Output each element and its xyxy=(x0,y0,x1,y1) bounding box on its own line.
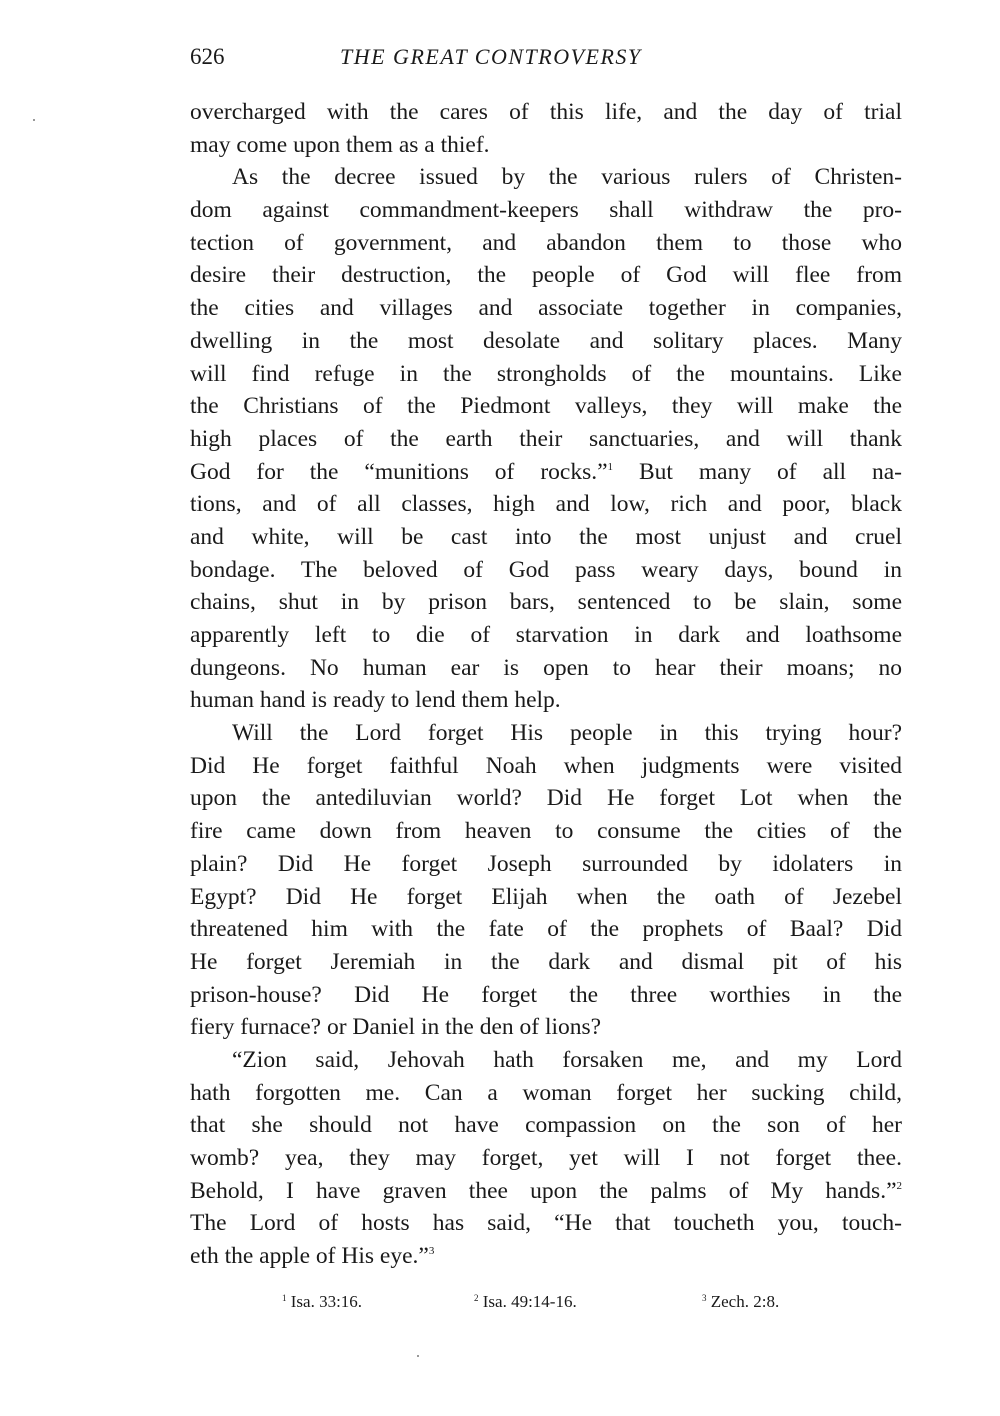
text-line: high places of the earth their sanctuari… xyxy=(190,423,902,456)
paragraph: As the decree issued by the various rule… xyxy=(190,161,902,717)
footnote-ref: 1 xyxy=(608,461,614,473)
text-line: dom against commandment-keepers shall wi… xyxy=(190,194,902,227)
text-line: the Christians of the Piedmont valleys, … xyxy=(190,390,902,423)
text-line: hath forgotten me. Can a woman forget he… xyxy=(190,1077,902,1110)
text-line: the cities and villages and associate to… xyxy=(190,292,902,325)
text-line: fiery furnace? or Daniel in the den of l… xyxy=(190,1011,902,1044)
text-line: human hand is ready to lend them help. xyxy=(190,684,902,717)
text-line: desire their destruction, the people of … xyxy=(190,259,902,292)
paragraph: overcharged with the cares of this life,… xyxy=(190,96,902,161)
footnote-text: Isa. 49:14-16. xyxy=(483,1292,577,1311)
text-line: chains, shut in by prison bars, sentence… xyxy=(190,586,902,619)
paragraph: “Zion said, Jehovah hath forsaken me, an… xyxy=(190,1044,902,1273)
text-line: plain? Did He forget Joseph surrounded b… xyxy=(190,848,902,881)
footnote-ref: 2 xyxy=(897,1180,903,1192)
text-line: overcharged with the cares of this life,… xyxy=(190,96,902,129)
text-line: He forget Jeremiah in the dark and disma… xyxy=(190,946,902,979)
footnote-2: 2 Isa. 49:14-16. xyxy=(474,1292,577,1312)
text-line: bondage. The beloved of God pass weary d… xyxy=(190,554,902,587)
text-line: tection of government, and abandon them … xyxy=(190,227,902,260)
text-line: Did He forget faithful Noah when judgmen… xyxy=(190,750,902,783)
text-line: will find refuge in the strongholds of t… xyxy=(190,358,902,391)
text-line: womb? yea, they may forget, yet will I n… xyxy=(190,1142,902,1175)
footnote-marker: 3 xyxy=(702,1293,707,1303)
running-title: THE GREAT CONTROVERSY xyxy=(340,44,642,70)
footnote-1: 1 Isa. 33:16. xyxy=(282,1292,362,1312)
text-line: The Lord of hosts has said, “He that tou… xyxy=(190,1207,902,1240)
text-line: As the decree issued by the various rule… xyxy=(190,161,902,194)
body-text: overcharged with the cares of this life,… xyxy=(190,96,902,1273)
text-line: may come upon them as a thief. xyxy=(190,129,902,162)
page-number: 626 xyxy=(190,44,225,70)
text-line: and white, will be cast into the most un… xyxy=(190,521,902,554)
text-line: dwelling in the most desolate and solita… xyxy=(190,325,902,358)
footnote-marker: 1 xyxy=(282,1293,287,1303)
text-line: upon the antediluvian world? Did He forg… xyxy=(190,782,902,815)
text-line: prison-house? Did He forget the three wo… xyxy=(190,979,902,1012)
text-line: apparently left to die of starvation in … xyxy=(190,619,902,652)
text-line: dungeons. No human ear is open to hear t… xyxy=(190,652,902,685)
scan-speck xyxy=(33,119,35,121)
footnote-text: Isa. 33:16. xyxy=(291,1292,362,1311)
scan-speck xyxy=(417,1355,419,1357)
text-line: fire came down from heaven to consume th… xyxy=(190,815,902,848)
page-header: 626 THE GREAT CONTROVERSY xyxy=(190,44,906,76)
footnote-marker: 2 xyxy=(474,1293,479,1303)
footnote-text: Zech. 2:8. xyxy=(711,1292,779,1311)
text-line: Will the Lord forget His people in this … xyxy=(190,717,902,750)
paragraph: Will the Lord forget His people in this … xyxy=(190,717,902,1044)
text-line: that she should not have compassion on t… xyxy=(190,1109,902,1142)
footnote-ref: 3 xyxy=(429,1245,435,1257)
text-line: eth the apple of His eye.”3 xyxy=(190,1240,902,1273)
text-line: “Zion said, Jehovah hath forsaken me, an… xyxy=(190,1044,902,1077)
text-line: tions, and of all classes, high and low,… xyxy=(190,488,902,521)
text-line: Behold, I have graven thee upon the palm… xyxy=(190,1175,902,1208)
text-line: God for the “munitions of rocks.”1 But m… xyxy=(190,456,902,489)
text-line: Egypt? Did He forget Elijah when the oat… xyxy=(190,881,902,914)
text-line: threatened him with the fate of the prop… xyxy=(190,913,902,946)
footnote-3: 3 Zech. 2:8. xyxy=(702,1292,779,1312)
